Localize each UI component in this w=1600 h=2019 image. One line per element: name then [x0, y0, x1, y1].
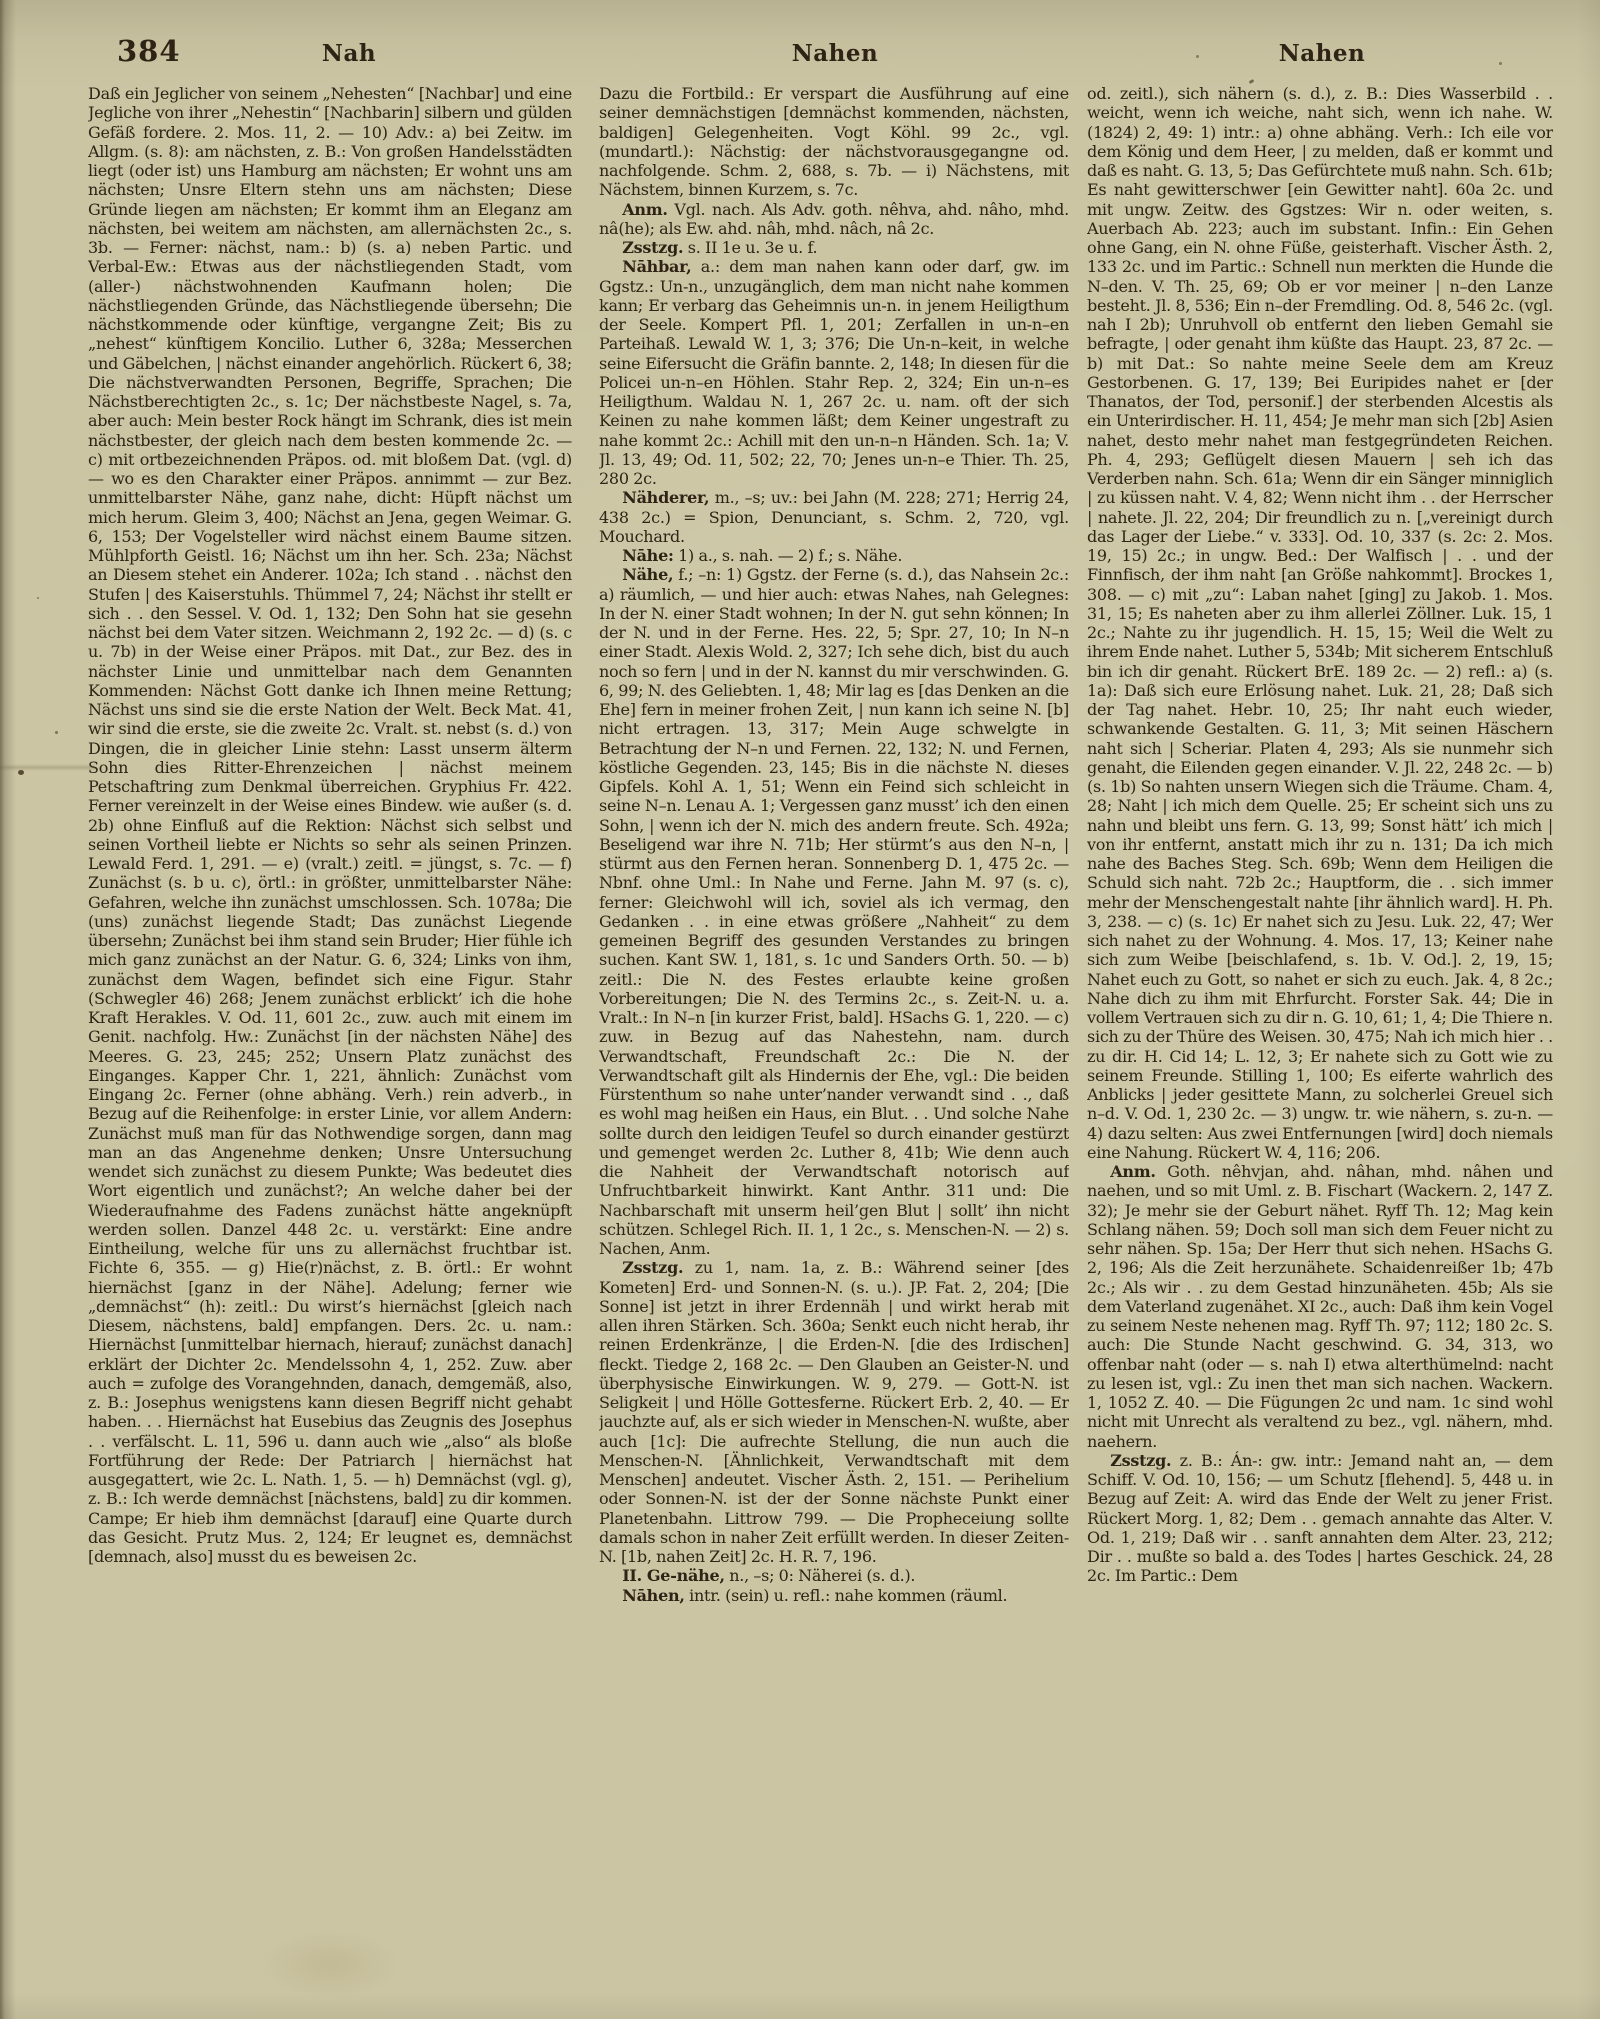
running-head-right: Nahen: [1279, 40, 1366, 67]
entry-headword: Nähderer,: [622, 488, 709, 507]
running-head-left: Nah: [322, 40, 376, 67]
entry-nahe-ref: Nāhe: 1) a., s. nah. — 2) f.; s. Nähe.: [599, 546, 1069, 565]
entry-naehderer: Nähderer, m., –s; uv.: bei Jahn (M. 228;…: [599, 488, 1069, 546]
paragraph-text: od. zeitl.), sich nähern (s. d.), z. B.:…: [1087, 84, 1553, 1162]
entry-headword: II. Ge-nähe,: [622, 1566, 725, 1585]
entry-nahen: Nāhen, intr. (sein) u. refl.: nahe komme…: [599, 1586, 1069, 1605]
column-3-paragraph: od. zeitl.), sich nähern (s. d.), z. B.:…: [1087, 84, 1553, 1162]
entry-headword: Zsstzg.: [622, 1258, 683, 1277]
paragraph-text: 1) a., s. nah. — 2) f.; s. Nähe.: [674, 546, 903, 565]
scan-crease: [0, 764, 95, 771]
ink-speck: [1196, 55, 1199, 58]
entry-headword: Nāhe:: [622, 546, 673, 565]
entry-headword: Anm.: [622, 200, 668, 219]
entry-headword: Zsstzg.: [622, 238, 683, 257]
paper-stain: [260, 1930, 400, 2000]
text-column-2: Dazu die Fortbild.: Er verspart die Ausf…: [599, 84, 1069, 1890]
ink-speck: [18, 770, 24, 775]
paragraph-text: z. B.: Án-: gw. intr.: Jemand naht an, —…: [1087, 1451, 1553, 1586]
entry-genaehe: II. Ge-nähe, n., –s; 0: Näherei (s. d.).: [599, 1566, 1069, 1585]
running-head-center: Nahen: [792, 40, 879, 67]
paragraph-text: a.: dem man nahen kann oder darf, gw. im…: [599, 257, 1069, 488]
entry-headword: Zsstzg.: [1110, 1451, 1171, 1470]
paragraph-text: Goth. nêhvjan, ahd. nâhan, mhd. nâhen un…: [1087, 1162, 1553, 1451]
paragraph-text: Dazu die Fortbild.: Er verspart die Ausf…: [599, 84, 1069, 199]
paragraph-text: Daß ein Jeglicher von seinem „Nehesten“ …: [88, 84, 572, 1566]
paragraph-text: Vgl. nach. Als Adv. goth. nêhva, ahd. nâ…: [599, 200, 1069, 238]
text-column-3: od. zeitl.), sich nähern (s. d.), z. B.:…: [1087, 84, 1553, 1890]
paragraph-text: s. II 1e u. 3e u. f.: [683, 238, 817, 257]
column-1-paragraph: Daß ein Jeglicher von seinem „Nehesten“ …: [88, 84, 572, 1566]
entry-naehe: Nähe, f.; –n: 1) Ggstz. der Ferne (s. d.…: [599, 565, 1069, 1258]
ink-speck: [37, 597, 39, 599]
entry-anm-nahen: Anm. Goth. nêhvjan, ahd. nâhan, mhd. nâh…: [1087, 1162, 1553, 1451]
entry-nahbar: Nāhbar, a.: dem man nahen kann oder darf…: [599, 257, 1069, 488]
paragraph-text: zu 1, nam. 1a, z. B.: Während seiner [de…: [599, 1258, 1069, 1566]
entry-headword: Anm.: [1110, 1162, 1156, 1181]
entry-anm: Anm. Vgl. nach. Als Adv. goth. nêhva, ah…: [599, 200, 1069, 239]
column-2-paragraph: Dazu die Fortbild.: Er verspart die Ausf…: [599, 84, 1069, 200]
entry-zsstzg-naehe: Zsstzg. zu 1, nam. 1a, z. B.: Während se…: [599, 1258, 1069, 1566]
entry-zsstzg-nahen: Zsstzg. z. B.: Án-: gw. intr.: Jemand na…: [1087, 1451, 1553, 1586]
entry-headword: Nāhen,: [622, 1586, 685, 1605]
paragraph-text: n., –s; 0: Näherei (s. d.).: [725, 1566, 916, 1585]
entry-headword: Nähe,: [622, 565, 673, 584]
ink-speck: [55, 731, 58, 734]
entry-headword: Nāhbar,: [622, 257, 691, 276]
paper-stain: [180, 380, 260, 430]
paragraph-text: intr. (sein) u. refl.: nahe kommen (räum…: [685, 1586, 1008, 1605]
ink-speck: [1499, 62, 1502, 65]
scanned-dictionary-page: 384 Nah Nahen Nahen Daß ein Jeglicher vo…: [0, 0, 1600, 2019]
paragraph-text: f.; –n: 1) Ggstz. der Ferne (s. d.), das…: [599, 565, 1069, 1258]
text-column-1: Daß ein Jeglicher von seinem „Nehesten“ …: [88, 84, 572, 1890]
page-number: 384: [117, 34, 181, 68]
page-header: 384 Nah Nahen Nahen: [0, 0, 1600, 84]
entry-zsstzg: Zsstzg. s. II 1e u. 3e u. f.: [599, 238, 1069, 257]
